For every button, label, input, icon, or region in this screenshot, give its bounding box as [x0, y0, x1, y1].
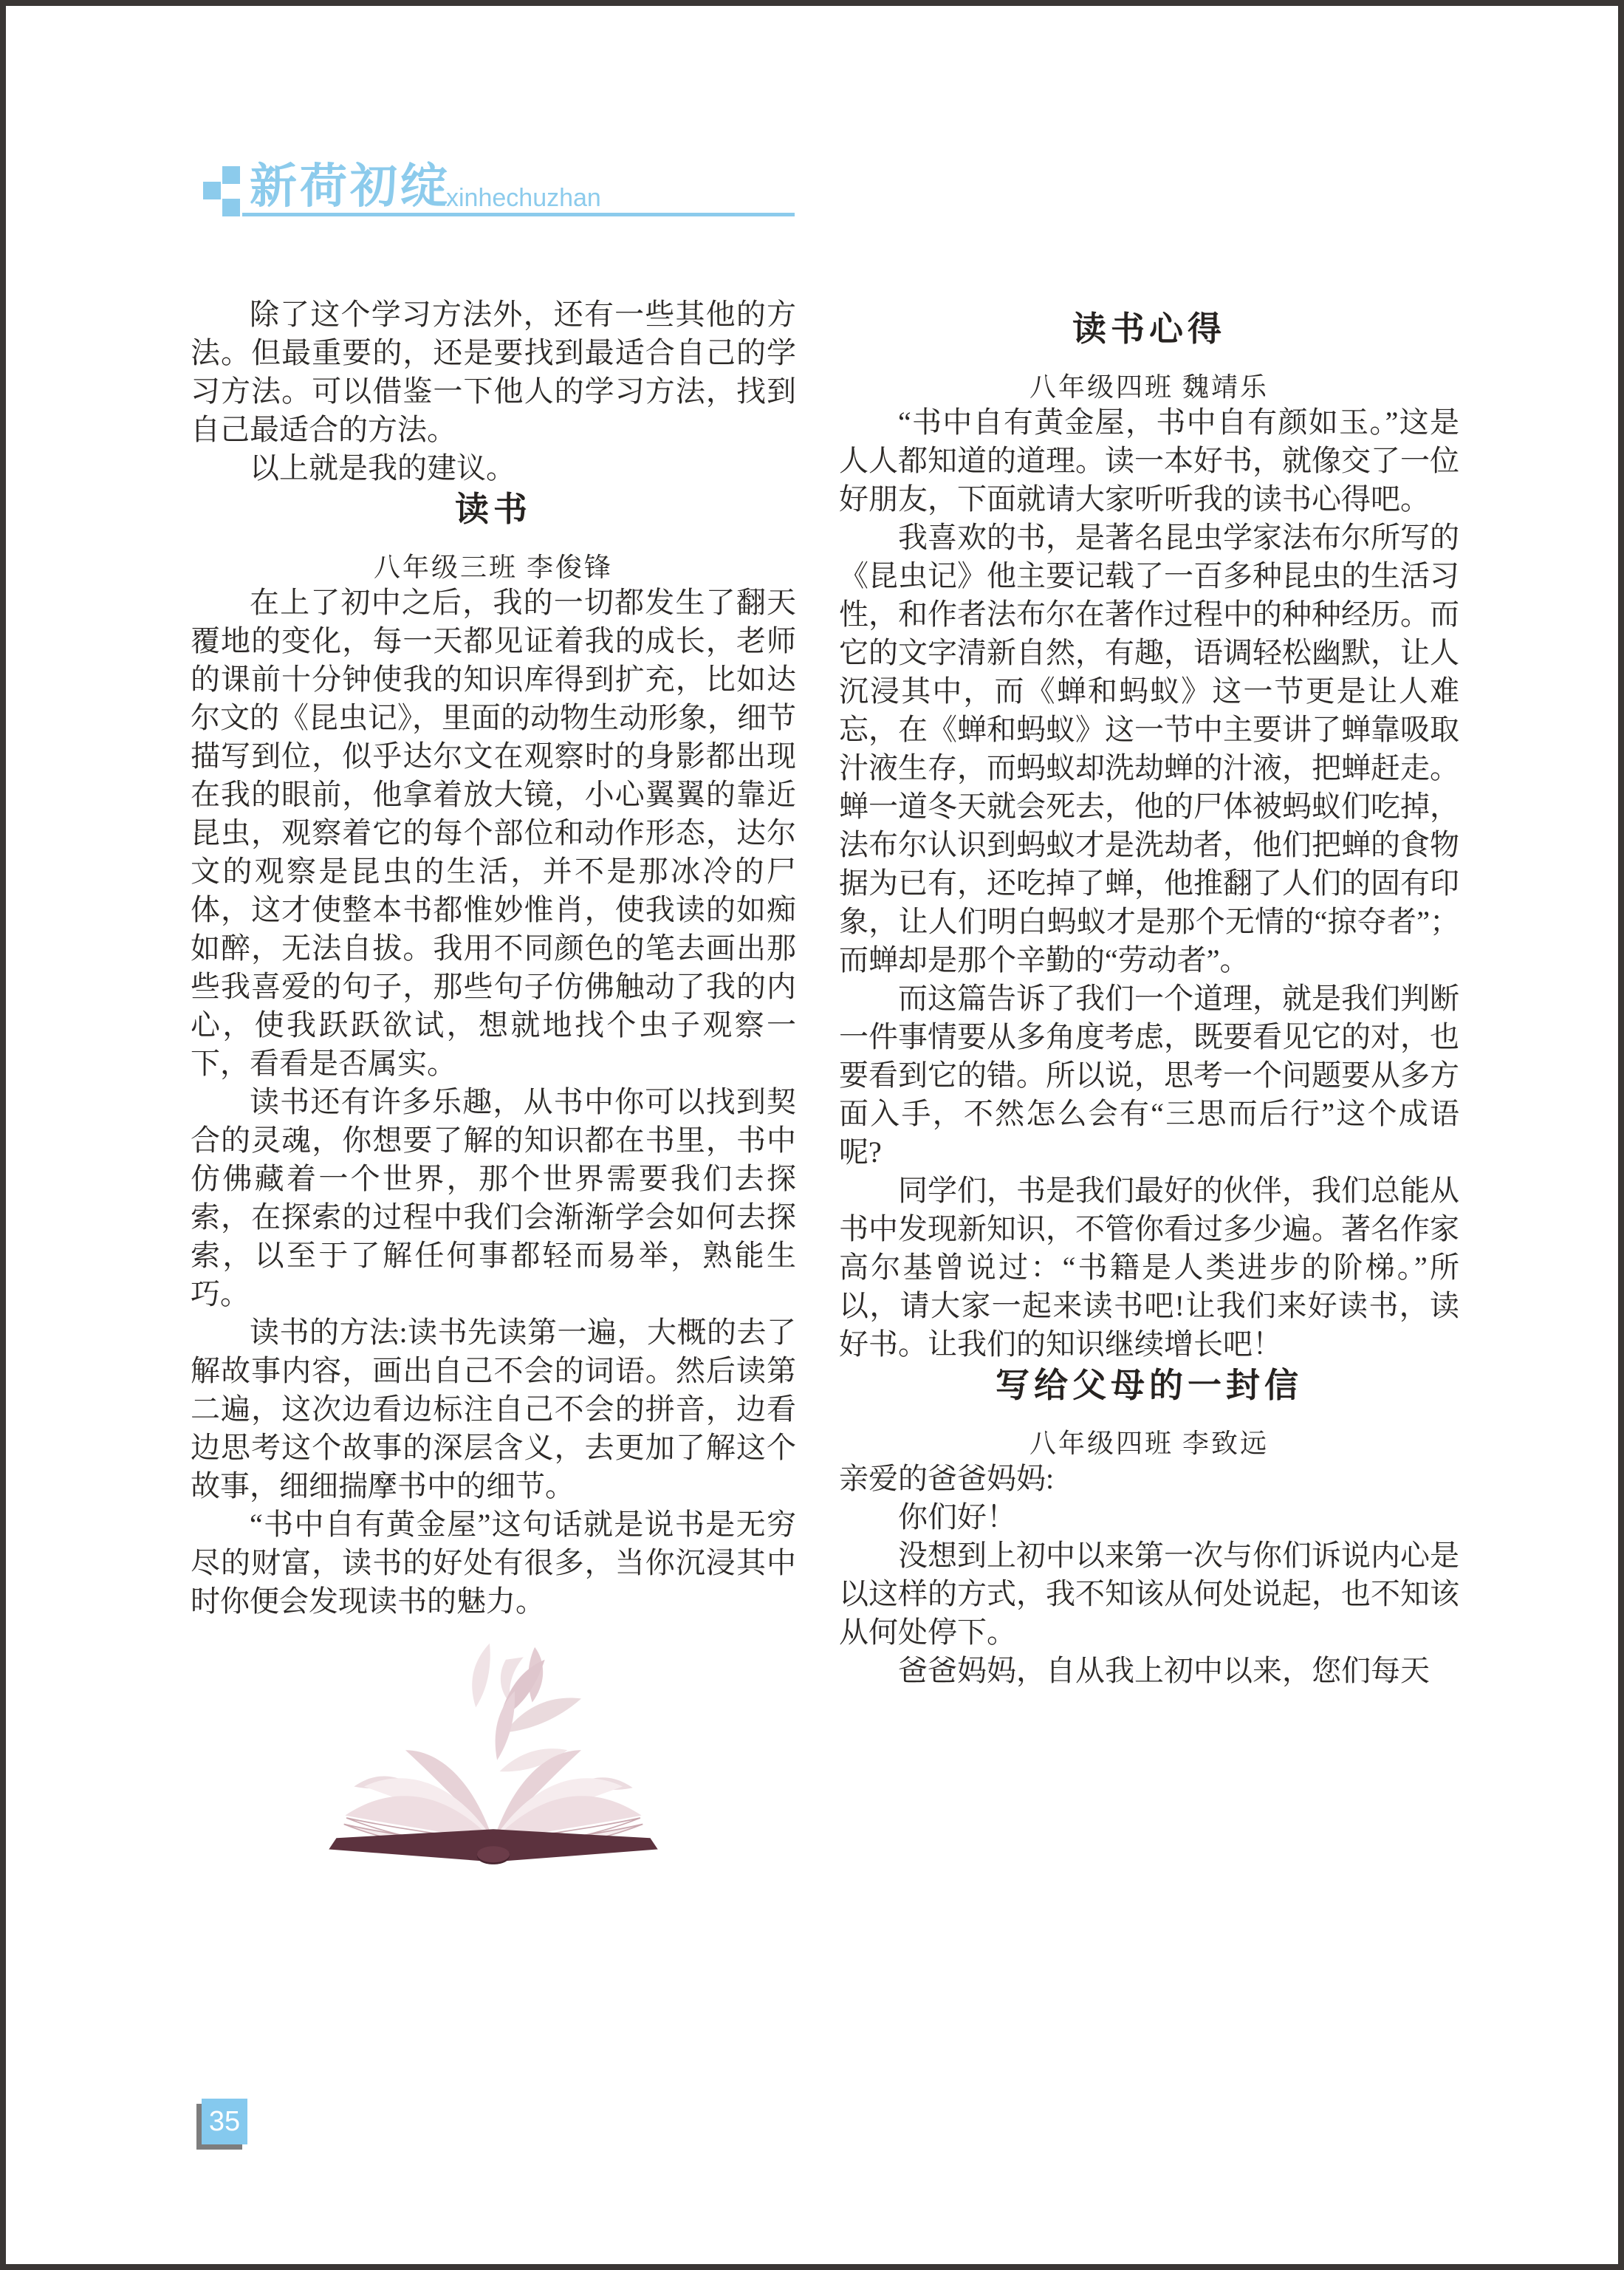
article-author: 八年级四班 魏靖乐	[839, 371, 1459, 403]
left-column: 除了这个学习方法外，还有一些其他的方法。但最重要的，还是要找到最适合自己的学习方…	[191, 295, 796, 1884]
article-paragraph: “书中自有黄金屋”这句话就是说书是无穷尽的财富，读书的好处有很多，当你沉浸其中时…	[191, 1505, 796, 1621]
article-paragraph: 而这篇告诉了我们一个道理，就是我们判断一件事情要从多角度考虑，既要看见它的对，也…	[839, 980, 1459, 1172]
header-underline	[242, 213, 795, 216]
letter-paragraph: 没想到上初中以来第一次与你们诉说内心是以这样的方式，我不知该从何处说起，也不知该…	[839, 1536, 1459, 1652]
article-title-dushu: 读书	[191, 488, 796, 532]
open-book-svg	[279, 1630, 707, 1881]
letter-salutation: 亲爱的爸爸妈妈:	[839, 1460, 1459, 1498]
intro-paragraph: 以上就是我的建议。	[191, 449, 796, 488]
logo-square	[222, 199, 240, 216]
article-title-dushuxinde: 读书心得	[839, 307, 1459, 352]
article-title-letter: 写给父母的一封信	[839, 1364, 1459, 1408]
article-paragraph: 在上了初中之后，我的一切都发生了翻天覆地的变化，每一天都见证着我的成长，老师的课…	[191, 584, 796, 1083]
logo-square	[222, 166, 240, 184]
article-paragraph: 读书还有许多乐趣，从书中你可以找到契合的灵魂，你想要了解的知识都在书里，书中仿佛…	[191, 1083, 796, 1313]
article-paragraph: 读书的方法:读书先读第一遍，大概的去了解故事内容，画出自己不会的词语。然后读第二…	[191, 1313, 796, 1505]
article-author: 八年级三班 李俊锋	[191, 551, 796, 584]
brand-logo-squares-icon	[203, 166, 240, 216]
article-paragraph: 同学们，书是我们最好的伙伴，我们总能从书中发现新知识，不管你看过多少遍。著名作家…	[839, 1172, 1459, 1364]
right-column: 读书心得 八年级四班 魏靖乐 “书中自有黄金屋，书中自有颜如玉。”这是人人都知道…	[839, 307, 1459, 1690]
letter-paragraph: 你们好！	[839, 1498, 1459, 1536]
page-number-badge: 35	[202, 2099, 247, 2144]
brand-title-chinese: 新荷初绽	[250, 161, 450, 213]
logo-square	[203, 182, 221, 199]
intro-paragraph: 除了这个学习方法外，还有一些其他的方法。但最重要的，还是要找到最适合自己的学习方…	[191, 295, 796, 449]
article-paragraph: “书中自有黄金屋，书中自有颜如玉。”这是人人都知道的道理。读一本好书，就像交了一…	[839, 403, 1459, 519]
brand-title-pinyin: xinhechuzhan	[446, 183, 601, 213]
article-author: 八年级四班 李致远	[839, 1427, 1459, 1460]
open-book-illustration	[191, 1630, 796, 1884]
letter-paragraph: 爸爸妈妈，自从我上初中以来，您们每天	[839, 1652, 1459, 1690]
article-paragraph: 我喜欢的书，是著名昆虫学家法布尔所写的《昆虫记》他主要记载了一百多种昆虫的生活习…	[839, 519, 1459, 980]
magazine-page: 新荷初绽 xinhechuzhan 除了这个学习方法外，还有一些其他的方法。但最…	[0, 0, 1624, 2270]
